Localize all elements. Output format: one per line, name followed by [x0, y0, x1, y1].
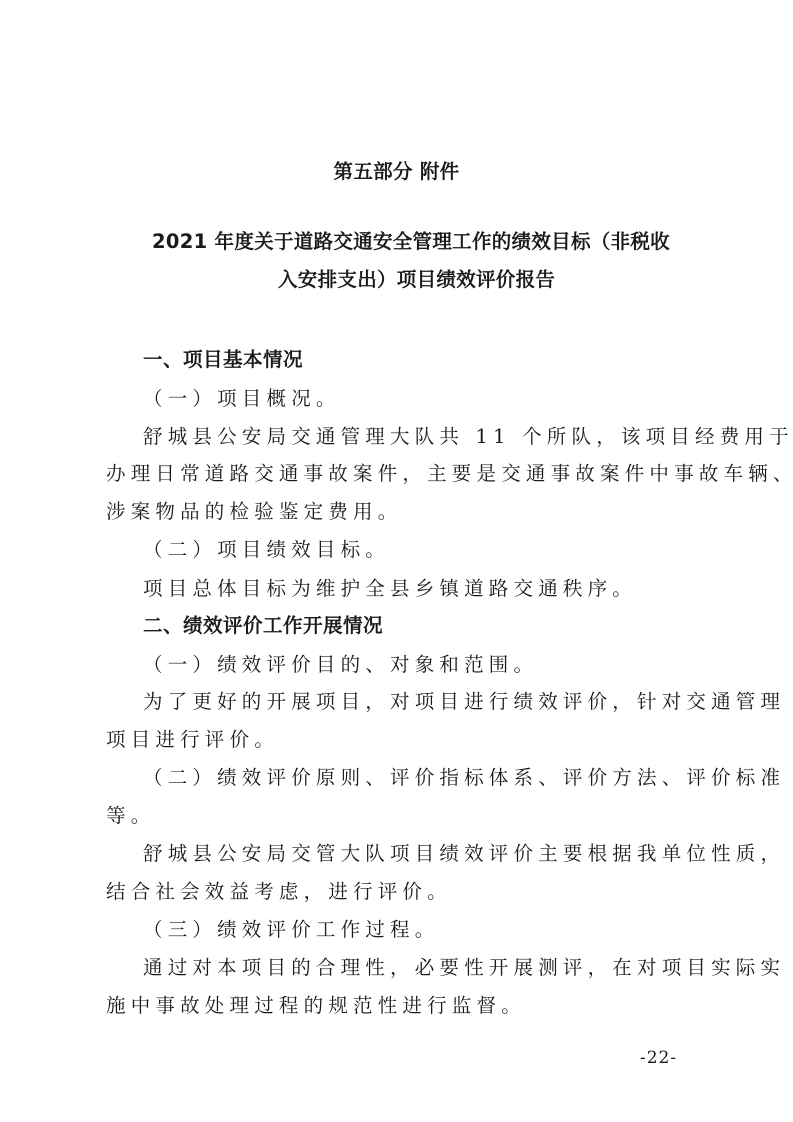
- subsection-2-3-heading: （三）绩效评价工作过程。: [143, 918, 439, 942]
- page-number: -22-: [640, 1048, 677, 1068]
- subsection-2-1-heading: （一）绩效评价目的、对象和范围。: [143, 653, 538, 677]
- section-2-heading: 二、绩效评价工作开展情况: [143, 614, 383, 638]
- paragraph-line: 为了更好的开展项目，对项目进行绩效评价，针对交通管理: [143, 690, 785, 714]
- subsection-2-2-heading-cont: 等。: [106, 804, 155, 828]
- paragraph-line: 项目总体目标为维护全县乡镇道路交通秩序。: [143, 577, 637, 601]
- subsection-1-1-heading: （一）项目概况。: [143, 387, 341, 411]
- report-title-line-1: 2021 年度关于道路交通安全管理工作的绩效目标（非税收: [152, 230, 670, 254]
- paragraph-line: 办理日常道路交通事故案件，主要是交通事故案件中事故车辆、: [106, 462, 793, 486]
- paragraph-line: 涉案物品的检验鉴定费用。: [106, 500, 402, 524]
- paragraph-line: 项目进行评价。: [106, 728, 279, 752]
- paragraph-line: 通过对本项目的合理性，必要性开展测评，在对项目实际实: [143, 956, 785, 980]
- paragraph-line: 施中事故处理过程的规范性进行监督。: [106, 994, 526, 1018]
- subsection-1-2-heading: （二）项目绩效目标。: [143, 538, 390, 562]
- paragraph-line: 舒城县公安局交管大队项目绩效评价主要根据我单位性质，: [143, 842, 785, 866]
- section-1-heading: 一、项目基本情况: [143, 348, 303, 372]
- part-title: 第五部分 附件: [0, 160, 793, 184]
- paragraph-line: 结合社会效益考虑，进行评价。: [106, 880, 452, 904]
- subsection-2-2-heading: （二）绩效评价原则、评价指标体系、评价方法、评价标准: [143, 766, 785, 790]
- paragraph-line: 舒城县公安局交通管理大队共 11 个所队，该项目经费用于: [143, 425, 793, 449]
- report-title-line-2: 入安排支出）项目绩效评价报告: [278, 268, 555, 292]
